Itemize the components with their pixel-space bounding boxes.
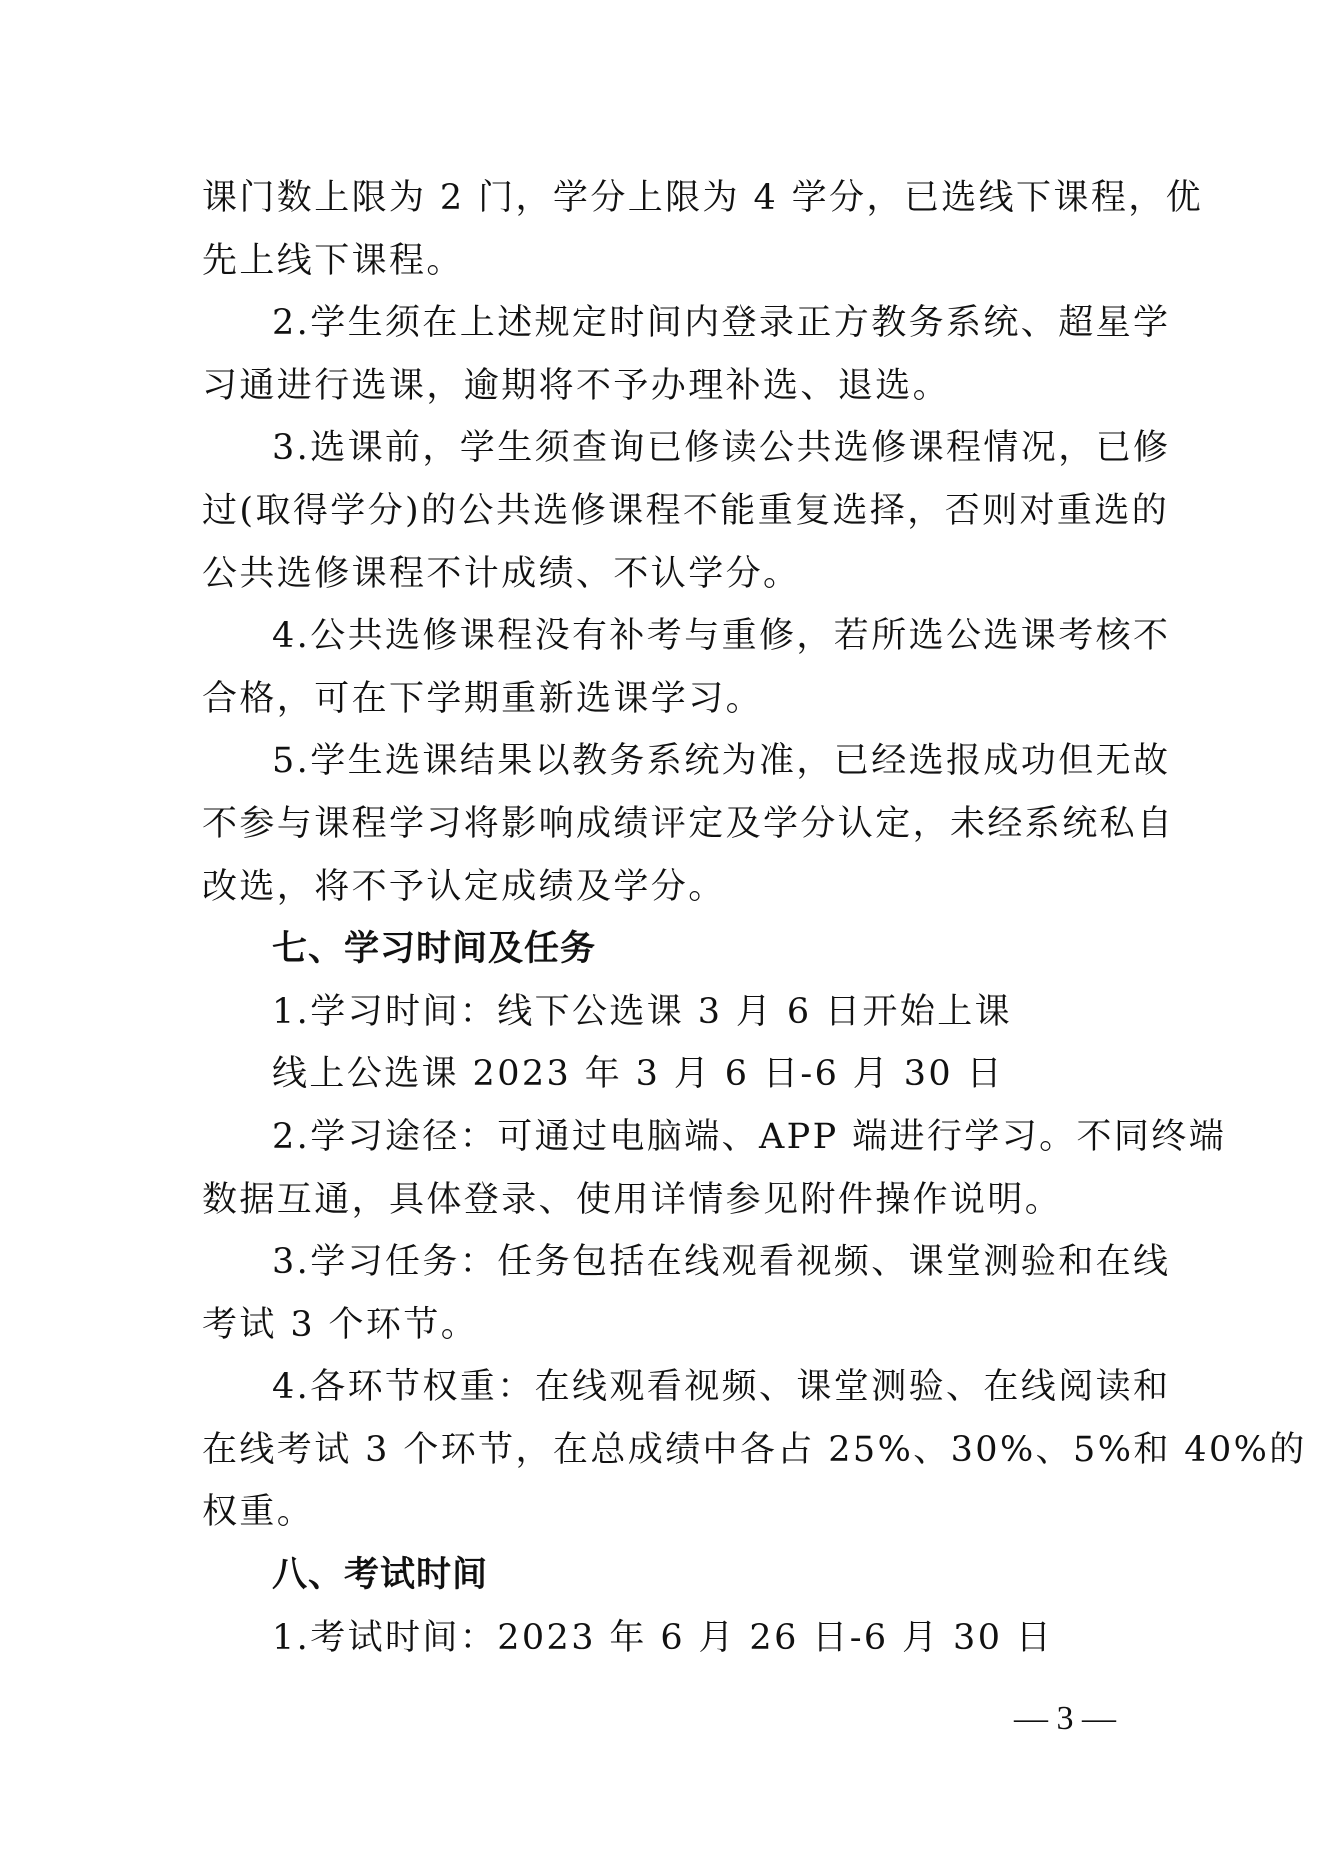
list-item-5: 5.学生选课结果以教务系统为准，已经选报成功但无故 [202,730,1127,793]
paragraph-line: 合格，可在下学期重新选课学习。 [202,668,1127,731]
page-number: — 3 — [1000,1700,1130,1738]
paragraph-line: 课门数上限为 2 门，学分上限为 4 学分，已选线下课程，优 [202,167,1127,230]
section-heading-exam-time: 八、考试时间 [202,1544,1127,1607]
paragraph-line: 考试 3 个环节。 [202,1294,1127,1357]
study-tasks-item: 3.学习任务：任务包括在线观看视频、课堂测验和在线 [202,1231,1127,1294]
paragraph-line: 数据互通，具体登录、使用详情参见附件操作说明。 [202,1169,1127,1232]
study-method-item: 2.学习途径：可通过电脑端、APP 端进行学习。不同终端 [202,1106,1127,1169]
list-item-4: 4.公共选修课程没有补考与重修，若所选公选课考核不 [202,605,1127,668]
paragraph-line: 过(取得学分)的公共选修课程不能重复选择，否则对重选的 [202,480,1127,543]
paragraph-line: 在线考试 3 个环节，在总成绩中各占 25%、30%、5%和 40%的 [202,1419,1127,1482]
study-time-item: 1.学习时间：线下公选课 3 月 6 日开始上课 [202,981,1127,1044]
paragraph-line: 先上线下课程。 [202,230,1127,293]
online-course-dates: 线上公选课 2023 年 3 月 6 日-6 月 30 日 [202,1043,1127,1106]
paragraph-line: 公共选修课程不计成绩、不认学分。 [202,543,1127,606]
paragraph-line: 不参与课程学习将影响成绩评定及学分认定，未经系统私自 [202,793,1127,856]
list-item-3: 3.选课前，学生须查询已修读公共选修课程情况，已修 [202,417,1127,480]
document-body: 课门数上限为 2 门，学分上限为 4 学分，已选线下课程，优 先上线下课程。 2… [202,167,1127,1669]
exam-time-item: 1.考试时间：2023 年 6 月 26 日-6 月 30 日 [202,1607,1127,1670]
paragraph-line: 改选，将不予认定成绩及学分。 [202,856,1127,919]
paragraph-line: 习通进行选课，逾期将不予办理补选、退选。 [202,355,1127,418]
weights-item: 4.各环节权重：在线观看视频、课堂测验、在线阅读和 [202,1356,1127,1419]
section-heading-study-time: 七、学习时间及任务 [202,918,1127,981]
paragraph-line: 权重。 [202,1481,1127,1544]
list-item-2: 2.学生须在上述规定时间内登录正方教务系统、超星学 [202,292,1127,355]
document-page: 课门数上限为 2 门，学分上限为 4 学分，已选线下课程，优 先上线下课程。 2… [0,0,1323,1871]
